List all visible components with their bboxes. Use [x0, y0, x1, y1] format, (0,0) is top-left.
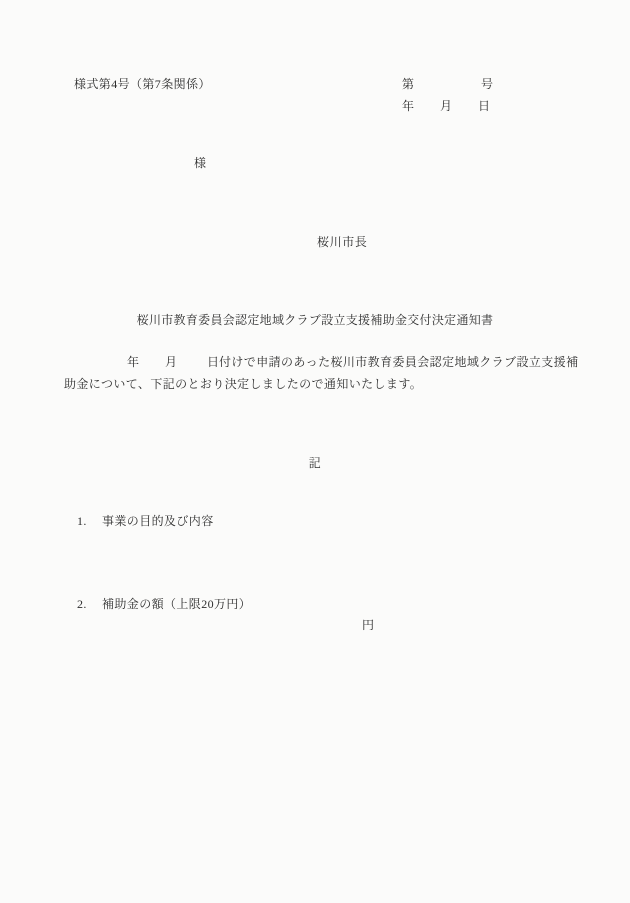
form-number-label: 様式第4号（第7条関係）: [74, 78, 211, 90]
ki-section-heading: 記: [0, 457, 630, 469]
amount-unit-yen: 円: [362, 619, 374, 631]
body-date-month: 月: [165, 356, 177, 368]
body-line1-text: 付けで申請のあった桜川市教育委員会認定地域クラブ設立支援補: [219, 356, 578, 368]
item-2-label: 補助金の額（上限20万円）: [102, 598, 251, 610]
document-page: 様式第4号（第7条関係） 第 号 年 月 日 様 桜川市長 桜川市教育委員会認定…: [0, 0, 630, 903]
doc-number-suffix: 号: [481, 78, 493, 90]
document-title: 桜川市教育委員会認定地域クラブ設立支援補助金交付決定通知書: [0, 314, 630, 326]
item-2-number: 2.: [77, 598, 87, 610]
date-month-label: 月: [440, 100, 452, 112]
date-day-label: 日: [478, 100, 490, 112]
body-date-year: 年: [127, 356, 139, 368]
addressee-honorific: 様: [194, 157, 206, 169]
date-year-label: 年: [402, 100, 414, 112]
body-line2-text: 助金について、下記のとおり決定しましたので通知いたします。: [64, 378, 422, 390]
body-date-day: 日: [207, 356, 219, 368]
item-1-label: 事業の目的及び内容: [102, 515, 214, 527]
doc-number-prefix: 第: [402, 78, 414, 90]
sender-name: 桜川市長: [317, 236, 367, 248]
item-1-number: 1.: [77, 515, 87, 527]
